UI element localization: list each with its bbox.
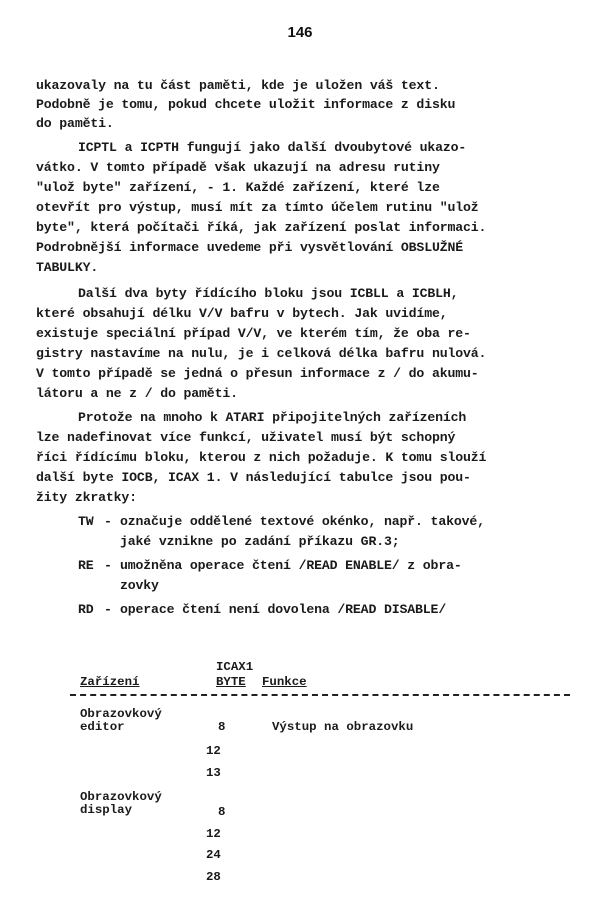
table-cell-device: Obrazovkový — [80, 790, 162, 804]
text-line: byte", která počítači říká, jak zařízení… — [36, 220, 486, 235]
table-header-rule — [70, 694, 570, 696]
text-line: otevřít pro výstup, musí mít za tímto úč… — [36, 200, 479, 215]
abbr-text: označuje oddělené textové okénko, např. … — [120, 514, 485, 529]
text-line: říci řídícímu bloku, kterou z nich požad… — [36, 450, 486, 465]
text-line: Protože na mnoho k ATARI připojitelných … — [78, 410, 466, 425]
text-line: "ulož byte" zařízení, - 1. Každé zařízen… — [36, 180, 440, 195]
abbr-code: RE — [78, 558, 94, 573]
text-line: ukazovaly na tu část paměti, kde je ulož… — [36, 78, 440, 93]
text-line: do paměti. — [36, 116, 114, 131]
abbr-text: jaké vznikne po zadání příkazu GR.3; — [120, 534, 400, 549]
abbr-dash: - — [104, 558, 112, 573]
table-cell-value: 12 — [206, 744, 221, 758]
table-header-device: Zařízení — [80, 675, 140, 689]
text-line: látoru a ne z / do paměti. — [36, 386, 238, 401]
abbr-dash: - — [104, 602, 112, 617]
text-line: existuje speciální případ V/V, ve kterém… — [36, 326, 471, 341]
table-header-byte: BYTE — [216, 675, 246, 689]
table-cell-value: 8 — [218, 720, 225, 734]
text-line: vátko. V tomto případě však ukazují na a… — [36, 160, 440, 175]
text-line: gistry nastavíme na nulu, je i celková d… — [36, 346, 486, 361]
abbr-text: umožněna operace čtení /READ ENABLE/ z o… — [120, 558, 462, 573]
abbr-text: zovky — [120, 578, 159, 593]
text-line: Další dva byty řídícího bloku jsou ICBLL… — [78, 286, 458, 301]
table-header-function: Funkce — [262, 675, 307, 689]
abbr-text: operace čtení není dovolena /READ DISABL… — [120, 602, 446, 617]
text-line: TABULKY. — [36, 260, 98, 275]
table-cell-value: 13 — [206, 766, 221, 780]
text-line: Podrobnější informace uvedeme při vysvět… — [36, 240, 463, 255]
table-header-icax: ICAX1 — [216, 660, 253, 674]
abbr-code: TW — [78, 514, 94, 529]
text-line: ICPTL a ICPTH fungují jako další dvoubyt… — [78, 140, 466, 155]
table-cell-value: 8 — [218, 805, 225, 819]
table-cell-function: Výstup na obrazovku — [272, 720, 413, 734]
text-line: další byte IOCB, ICAX 1. V následující t… — [36, 470, 471, 485]
page-number: 146 — [0, 24, 600, 41]
text-line: Podobně je tomu, pokud chcete uložit inf… — [36, 97, 455, 112]
text-line: žity zkratky: — [36, 490, 137, 505]
table-cell-device: display — [80, 803, 132, 817]
abbr-dash: - — [104, 514, 112, 529]
table-cell-value: 24 — [206, 848, 221, 862]
table-cell-device: editor — [80, 720, 125, 734]
table-cell-value: 12 — [206, 827, 221, 841]
text-line: lze nadefinovat více funkcí, uživatel mu… — [36, 430, 455, 445]
abbr-code: RD — [78, 602, 94, 617]
text-line: V tomto případě se jedná o přesun inform… — [36, 366, 479, 381]
text-line: které obsahují délku V/V bafru v bytech.… — [36, 306, 447, 321]
table-cell-value: 28 — [206, 870, 221, 884]
table-cell-device: Obrazovkový — [80, 707, 162, 721]
